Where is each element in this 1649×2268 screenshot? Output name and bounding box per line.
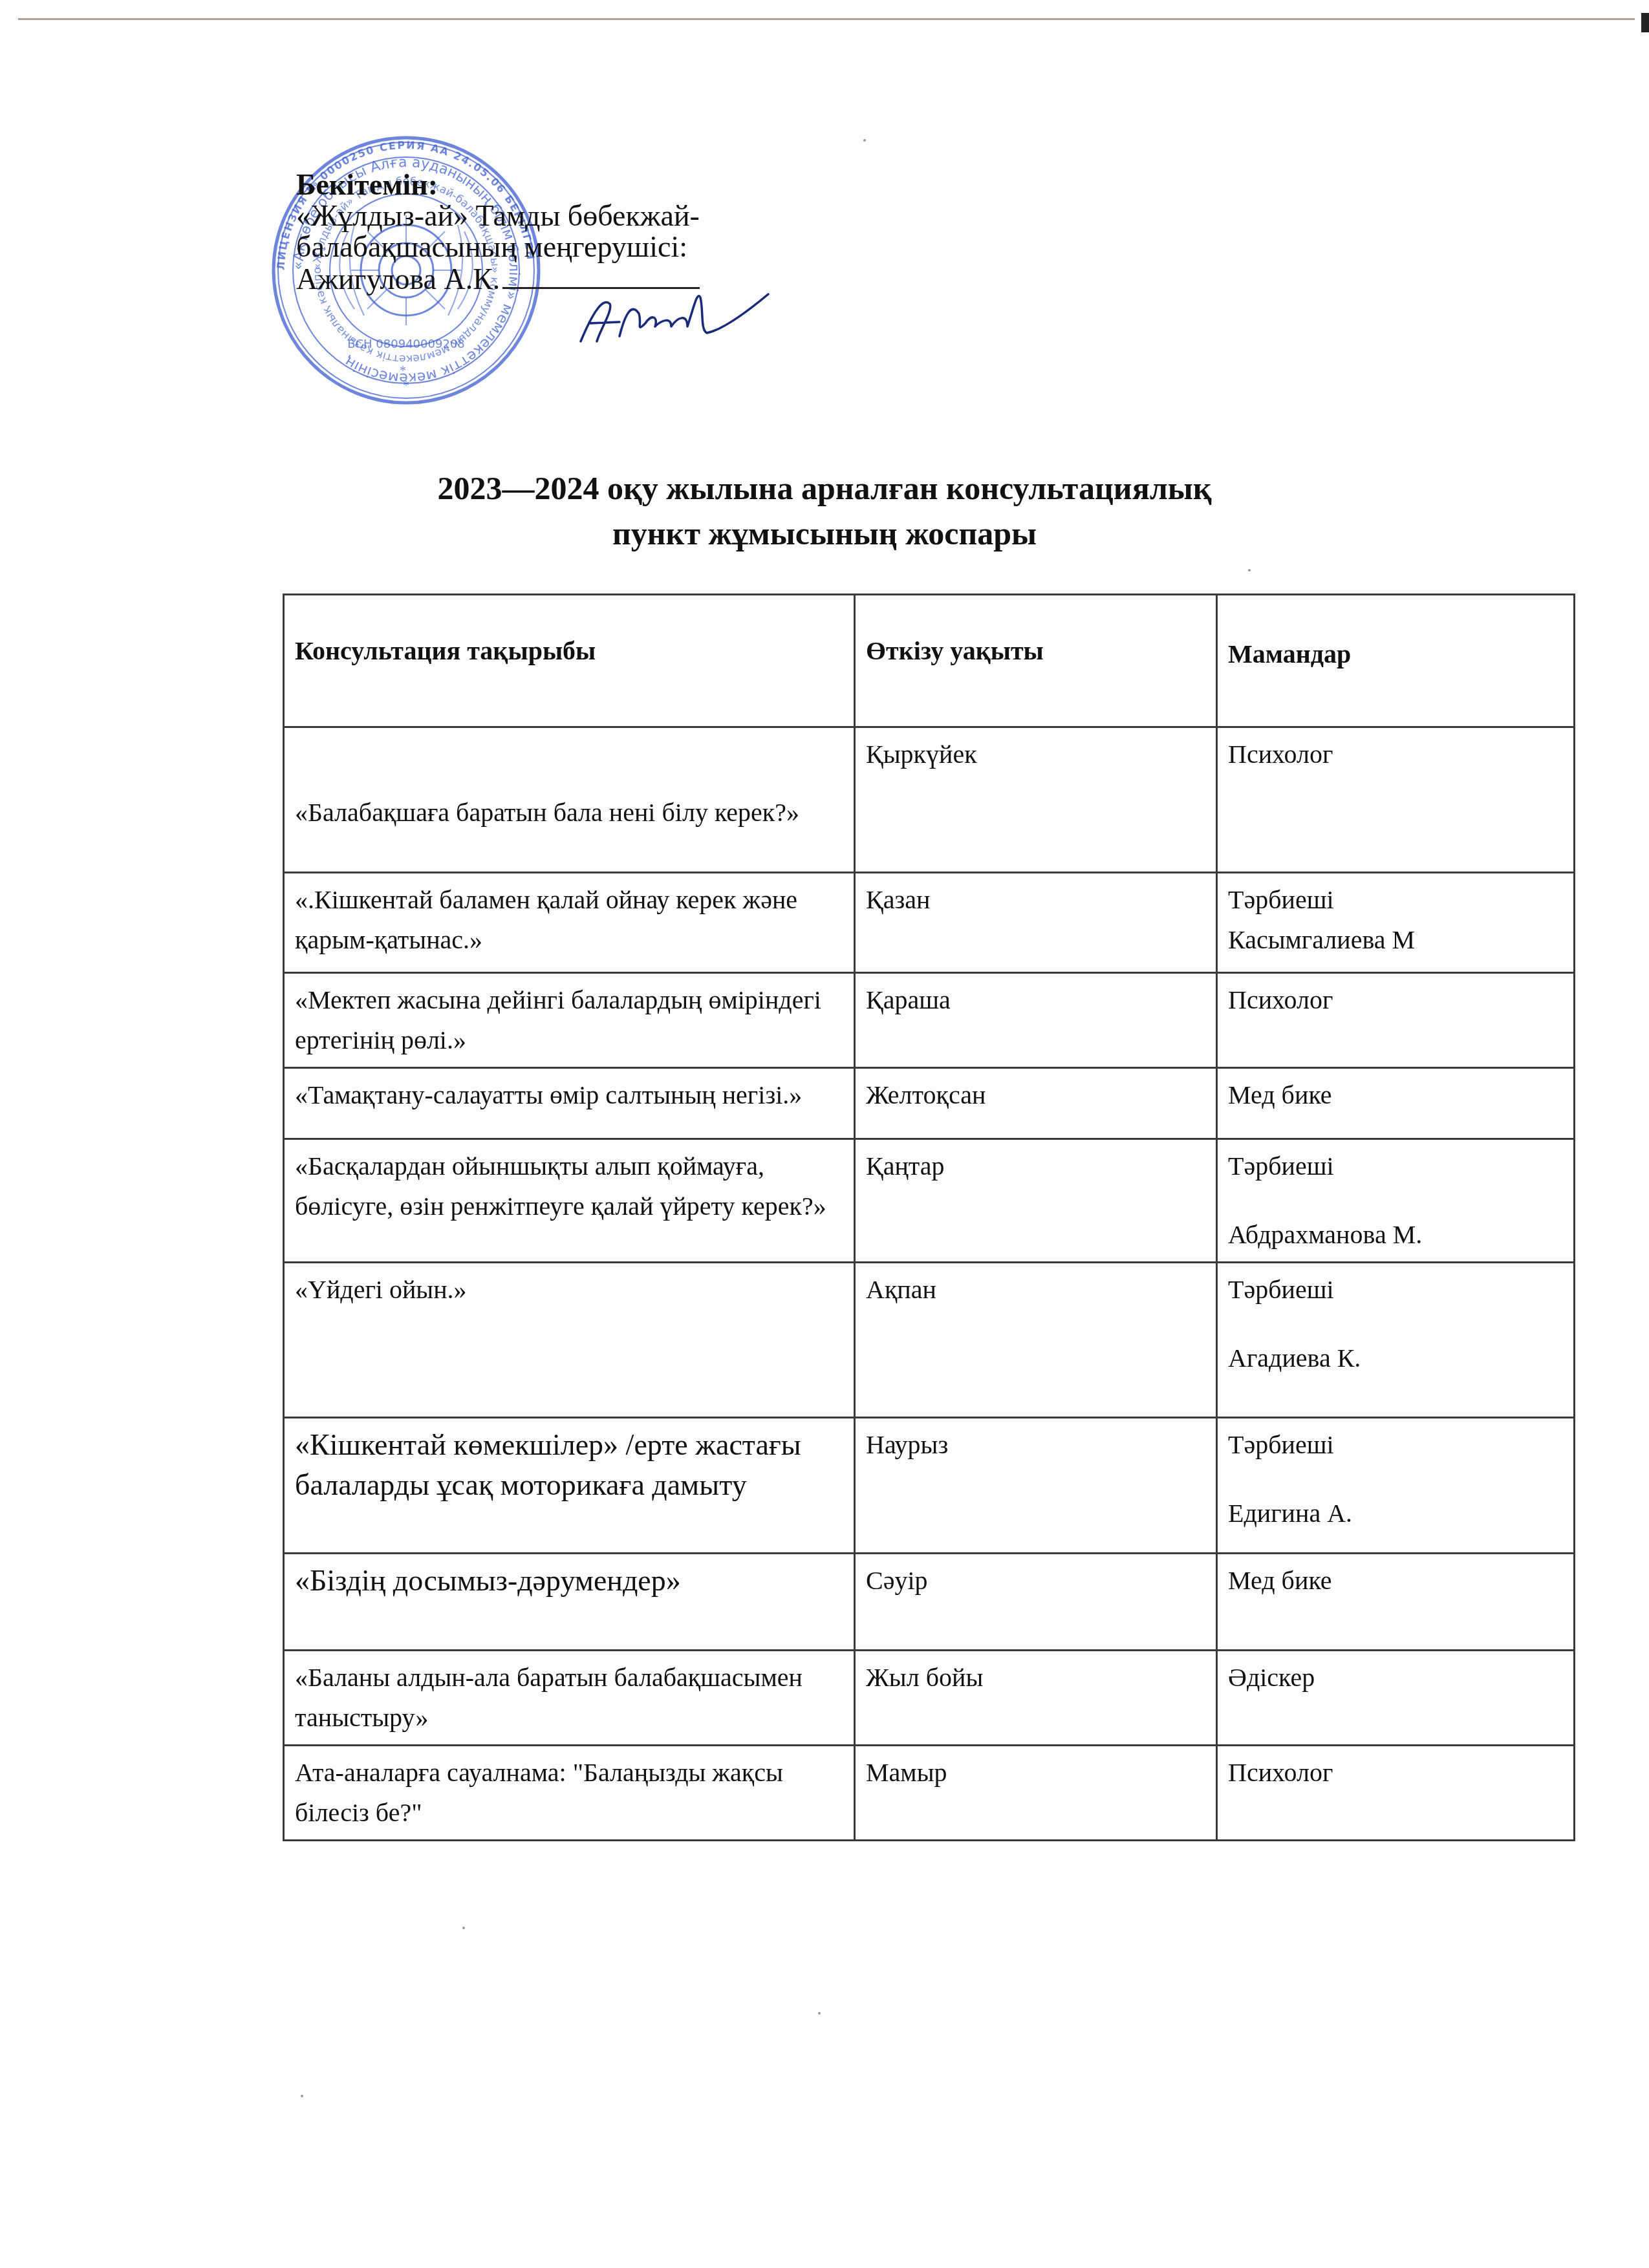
approval-organization: «Жұлдыз-ай» Тамды бөбекжай-: [296, 200, 700, 231]
table-row: «Тамақтану-салауатты өмір салтының негіз…: [284, 1068, 1575, 1139]
scan-speck: [462, 1927, 465, 1929]
specialist-role: Тәрбиеші: [1228, 1270, 1563, 1310]
time-cell: Қаңтар: [855, 1139, 1217, 1263]
specialist-name: Абдрахманова М.: [1228, 1215, 1563, 1255]
specialist-cell: Психолог: [1217, 973, 1575, 1068]
consultation-plan-table: Консультация тақырыбы Өткізу уақыты Мама…: [283, 594, 1575, 1841]
specialist-role: Тәрбиеші: [1228, 880, 1563, 920]
time-cell: Сәуір: [855, 1554, 1217, 1651]
specialist-name: Касымгалиева М: [1228, 920, 1563, 960]
scan-speck: [818, 2012, 821, 2015]
topic-cell: «Кішкентай көмекшілер» /ерте жастағы бал…: [284, 1418, 855, 1554]
time-cell: Наурыз: [855, 1418, 1217, 1554]
specialist-cell: ТәрбиешіАбдрахманова М.: [1217, 1139, 1575, 1263]
time-cell: Қыркүйек: [855, 727, 1217, 873]
table-row: «Басқалардан ойыншықты алып қоймауға, бө…: [284, 1139, 1575, 1263]
table-row: «Кішкентай көмекшілер» /ерте жастағы бал…: [284, 1418, 1575, 1554]
specialist-cell: ТәрбиешіАгадиева К.: [1217, 1263, 1575, 1418]
scan-speck: [1248, 569, 1251, 572]
approval-position: балабақшасының меңгерушісі:: [296, 231, 700, 262]
approver-name: Ажигулова А.К.: [296, 262, 500, 295]
specialist-role: Психолог: [1228, 980, 1563, 1020]
specialist-cell: Мед бике: [1217, 1068, 1575, 1139]
topic-cell: «Тамақтану-салауатты өмір салтының негіз…: [284, 1068, 855, 1139]
topic-cell: «Біздің досымыз-дәрумендер»: [284, 1554, 855, 1651]
specialist-cell: Психолог: [1217, 1746, 1575, 1841]
svg-text:*: *: [403, 379, 409, 393]
header-time: Өткізу уақыты: [855, 595, 1217, 727]
svg-text:БСН 080940009208: БСН 080940009208: [347, 337, 465, 351]
specialist-cell: Мед бике: [1217, 1554, 1575, 1651]
spacer: [1228, 1310, 1563, 1338]
specialist-role: Мед бике: [1228, 1561, 1563, 1601]
specialist-role: Психолог: [1228, 1753, 1563, 1793]
table-row: «Мектеп жасына дейінгі балалардың өмірін…: [284, 973, 1575, 1068]
title-line-1: 2023—2024 оқу жылына арналған консультац…: [0, 465, 1649, 511]
table-header-row: Консультация тақырыбы Өткізу уақыты Мама…: [284, 595, 1575, 727]
header-topic: Консультация тақырыбы: [284, 595, 855, 727]
topic-cell: «Балабақшаға баратын бала нені білу кере…: [284, 727, 855, 873]
topic-cell: «Баланы алдын-ала баратын балабақшасымен…: [284, 1651, 855, 1746]
specialist-cell: ТәрбиешіЕдигина А.: [1217, 1418, 1575, 1554]
specialist-cell: Психолог: [1217, 727, 1575, 873]
header-specialists: Мамандар: [1217, 595, 1575, 727]
scan-speck: [301, 2095, 303, 2097]
specialist-role: Әдіскер: [1228, 1658, 1563, 1698]
scan-speck: [863, 139, 866, 142]
document-title: 2023—2024 оқу жылына арналған консультац…: [0, 465, 1649, 556]
time-cell: Жыл бойы: [855, 1651, 1217, 1746]
table-body: «Балабақшаға баратын бала нені білу кере…: [284, 727, 1575, 1841]
time-cell: Ақпан: [855, 1263, 1217, 1418]
specialist-role: Мед бике: [1228, 1075, 1563, 1115]
spacer: [1228, 1186, 1563, 1215]
table-row: «Үйдегі ойын.»АқпанТәрбиешіАгадиева К.: [284, 1263, 1575, 1418]
time-cell: Қазан: [855, 873, 1217, 973]
topic-cell: «Мектеп жасына дейінгі балалардың өмірін…: [284, 973, 855, 1068]
table-row: «Біздің досымыз-дәрумендер»СәуірМед бике: [284, 1554, 1575, 1651]
time-cell: Мамыр: [855, 1746, 1217, 1841]
scan-edge: [18, 18, 1635, 20]
topic-cell: «Басқалардан ойыншықты алып қоймауға, бө…: [284, 1139, 855, 1263]
topic-cell: «.Кішкентай баламен қалай ойнау керек жә…: [284, 873, 855, 973]
scan-corner: [1641, 13, 1649, 32]
spacer: [1228, 1465, 1563, 1493]
table-row: «.Кішкентай баламен қалай ойнау керек жә…: [284, 873, 1575, 973]
topic-cell: Ата-аналарға сауалнама: "Балаңызды жақсы…: [284, 1746, 855, 1841]
svg-text:*: *: [400, 364, 406, 378]
time-cell: Қараша: [855, 973, 1217, 1068]
approval-label: Бекітемін:: [296, 169, 700, 200]
approval-block: Бекітемін: «Жұлдыз-ай» Тамды бөбекжай- б…: [296, 169, 700, 295]
topic-cell: «Үйдегі ойын.»: [284, 1263, 855, 1418]
table-row: «Баланы алдын-ала баратын балабақшасымен…: [284, 1651, 1575, 1746]
specialist-cell: ТәрбиешіКасымгалиева М: [1217, 873, 1575, 973]
specialist-cell: Әдіскер: [1217, 1651, 1575, 1746]
specialist-name: Едигина А.: [1228, 1493, 1563, 1534]
specialist-name: Агадиева К.: [1228, 1338, 1563, 1378]
table-row: «Балабақшаға баратын бала нені білу кере…: [284, 727, 1575, 873]
specialist-role: Тәрбиеші: [1228, 1146, 1563, 1186]
specialist-role: Психолог: [1228, 734, 1563, 775]
table-row: Ата-аналарға сауалнама: "Балаңызды жақсы…: [284, 1746, 1575, 1841]
specialist-role: Тәрбиеші: [1228, 1425, 1563, 1465]
time-cell: Желтоқсан: [855, 1068, 1217, 1139]
title-line-2: пункт жұмысының жоспары: [0, 511, 1649, 556]
signature-icon: [574, 284, 781, 349]
